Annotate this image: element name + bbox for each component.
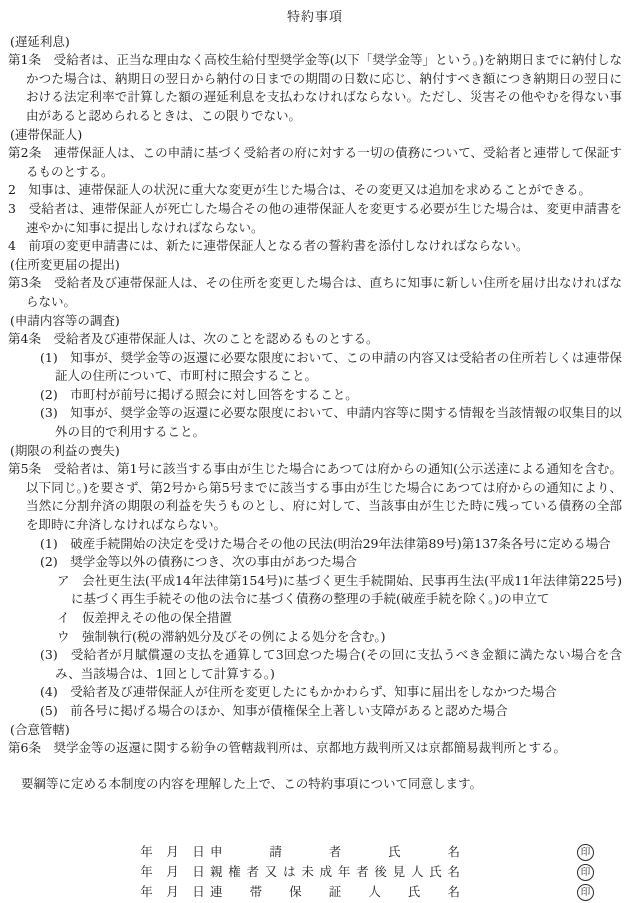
year-label: 年 (140, 883, 153, 902)
signer-name-label: 連帯保証人氏名 (210, 883, 460, 902)
section-heading: (遅延利息) (8, 33, 622, 52)
sub-item: ウ 強制執行(税の滞納処分及びその例による処分を含む。) (8, 628, 622, 647)
enumerated-item: (2) 市町村が前号に掲げる照会に対し回答をすること。 (8, 386, 622, 405)
date-fields: 年月日 (140, 843, 205, 862)
seal-icon: 印 (577, 884, 594, 901)
sub-item: ア 会社更生法(平成14年法律第154号)に基づく更生手続開始、民事再生法(平成… (8, 572, 622, 609)
seal-icon: 印 (577, 844, 594, 861)
signer-name-label: 申請者氏名 (210, 843, 460, 862)
day-label: 日 (192, 863, 205, 882)
numbered-paragraph: 4 前項の変更申請書には、新たに連帯保証人となる者の誓約書を添付しなければならな… (8, 237, 622, 256)
month-label: 月 (166, 843, 179, 862)
article-paragraph: 第5条 受給者は、第1号に該当する事由が生じた場合にあつては府からの通知(公示送… (8, 460, 622, 534)
section-heading: (住所変更届の提出) (8, 256, 622, 275)
article-paragraph: 第3条 受給者及び連帯保証人は、その住所を変更した場合は、直ちに知事に新しい住所… (8, 274, 622, 311)
date-fields: 年月日 (140, 883, 205, 902)
enumerated-item: (5) 前各号に掲げる場合のほか、知事が債権保全上著しい支障があると認めた場合 (8, 702, 622, 721)
day-label: 日 (192, 883, 205, 902)
enumerated-item: (1) 破産手続開始の決定を受けた場合その他の民法(明治29年法律第89号)第1… (8, 535, 622, 554)
enumerated-item: (1) 知事が、奨学金等の返還に必要な限度において、この申請の内容又は受給者の住… (8, 349, 622, 386)
numbered-paragraph: 2 知事は、連帯保証人の状況に重大な変更が生じた場合は、その変更又は追加を求める… (8, 181, 622, 200)
enumerated-item: (3) 知事が、奨学金等の返還に必要な限度において、申請内容等に関する情報を当該… (8, 404, 622, 441)
article-paragraph: 第4条 受給者及び連帯保証人は、次のことを認めるものとする。 (8, 330, 622, 349)
section-heading: (合意管轄) (8, 721, 622, 740)
article-paragraph: 第2条 連帯保証人は、この申請に基づく受給者の府に対する一切の債務について、受給… (8, 144, 622, 181)
signature-block: 年月日申請者氏名印年月日親権者又は未成年者後見人氏名印年月日連帯保証人氏名印 (8, 842, 622, 902)
day-label: 日 (192, 843, 205, 862)
consent-statement: 要綱等に定める本制度の内容を理解した上で、この特約事項について同意します。 (8, 775, 622, 794)
enumerated-item: (3) 受給者が月賦償還の支払を通算して3回怠つた場合(その回に支払うべき金額に… (8, 646, 622, 683)
sub-item: イ 仮差押えその他の保全措置 (8, 609, 622, 628)
article-paragraph: 第6条 奨学金等の返還に関する紛争の管轄裁判所は、京都地方裁判所又は京都簡易裁判… (8, 739, 622, 758)
enumerated-item: (4) 受給者及び連帯保証人が住所を変更したにもかかわらず、知事に届出をしなかつ… (8, 683, 622, 702)
enumerated-item: (2) 奨学金等以外の債務につき、次の事由があつた場合 (8, 553, 622, 572)
date-fields: 年月日 (140, 863, 205, 882)
signature-row: 年月日連帯保証人氏名印 (8, 882, 622, 902)
numbered-paragraph: 3 受給者は、連帯保証人が死亡した場合その他の連帯保証人を変更する必要が生じた場… (8, 200, 622, 237)
year-label: 年 (140, 843, 153, 862)
signature-row: 年月日申請者氏名印 (8, 842, 622, 862)
signer-name-label: 親権者又は未成年者後見人氏名 (210, 863, 460, 882)
seal-icon: 印 (577, 864, 594, 881)
year-label: 年 (140, 863, 153, 882)
month-label: 月 (166, 883, 179, 902)
article-paragraph: 第1条 受給者は、正当な理由なく高校生給付型奨学金等(以下「奨学金等」という。)… (8, 51, 622, 125)
document-title: 特約事項 (8, 9, 622, 28)
section-heading: (期限の利益の喪失) (8, 442, 622, 461)
section-heading: (連帯保証人) (8, 126, 622, 145)
document-page: 特約事項 (遅延利息)第1条 受給者は、正当な理由なく高校生給付型奨学金等(以下… (0, 0, 630, 903)
month-label: 月 (166, 863, 179, 882)
section-heading: (申請内容等の調査) (8, 312, 622, 331)
document-body: (遅延利息)第1条 受給者は、正当な理由なく高校生給付型奨学金等(以下「奨学金等… (8, 33, 622, 758)
signature-row: 年月日親権者又は未成年者後見人氏名印 (8, 862, 622, 882)
